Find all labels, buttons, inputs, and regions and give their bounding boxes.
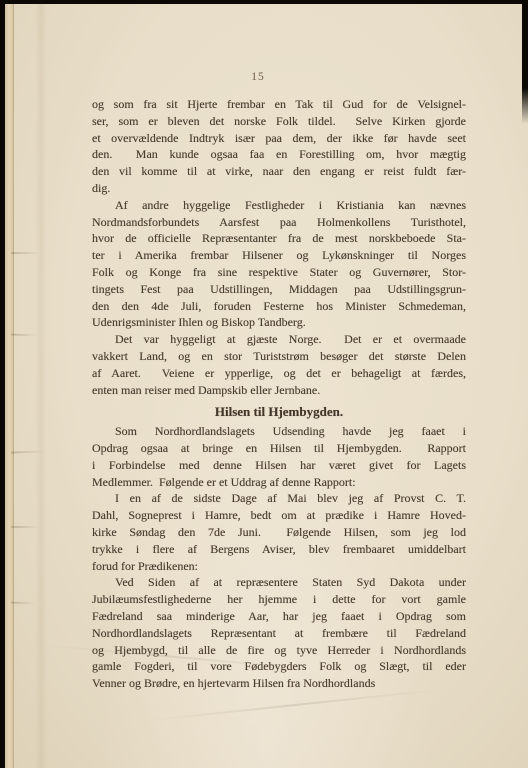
page-binding-edge [5,4,14,768]
text-line: Det var hyggeligt at gjæste Norge. Det e… [92,331,466,348]
text-line: af Aaret. Veiene er ypperlige, og det er… [92,365,466,382]
text-line: den vil komme til at virke, naar den eng… [92,163,466,180]
text-line: kirke Søndag den 7de Juni. Følgende Hils… [92,524,466,541]
text-line: Dahl, Sogneprest i Hamre, bedt om at præ… [92,507,466,524]
text-line: forud for Prædikenen: [92,558,466,575]
paper-fold [35,4,47,768]
text-line: og som fra sit Hjerte frembar en Tak til… [92,96,466,113]
text-line: Nordhordlandslagets Repræsentant at frem… [92,625,466,642]
text-line: Medlemmer. Følgende er et Uddrag af denn… [92,474,466,491]
text-line: Af andre hyggelige Festligheder i Kristi… [92,197,466,214]
paper-crease [11,602,35,605]
text-line: gamle Fogderi, til vore Fødebygders Folk… [92,658,466,675]
text-line: dig. [92,180,466,197]
paper-crease [11,526,39,528]
paper-crease [11,252,41,254]
text-line: den. Man kunde ogsaa faa en Forestilling… [92,146,466,163]
text-line: et overvældende Indtryk især paa dem, de… [92,130,466,147]
text-line: Jubilæumsfestlighederne her hjemme i det… [92,591,466,608]
text-line: ter i Amerika frembar Hilsener og Lykøns… [92,247,466,264]
text-line: og Hjembygd, til alle de fire og tyve He… [92,642,466,659]
text-line: tingets Fest paa Udstillingen, Middagen … [92,281,466,298]
paper-crease [146,688,445,721]
text-line: trykke i flere af Bergens Aviser, blev f… [92,541,466,558]
text-line: vakkert Land, og en stor Turiststrøm bes… [92,348,466,365]
text-line: Som Nordhordlandslagets Udsending havde … [92,423,466,440]
text-line: Nordmandsforbundets Aarsfest paa Holmenk… [92,214,466,231]
paper-crease [11,334,37,337]
section-heading: Hilsen til Hjembygden. [92,404,466,421]
text-line: Ved Siden af at repræsentere Staten Syd … [92,574,466,591]
scan-border-top [0,0,528,4]
text-line: enten man reiser med Dampskib eller Jern… [92,382,466,399]
text-block: og som fra sit Hjerte frembar en Tak til… [92,96,466,692]
text-line: Opdrag ogsaa at bringe en Hilsen til Hje… [92,440,466,457]
text-line: ser, som er bleven det norske Folk tilde… [92,113,466,130]
scan-border-right [522,4,528,124]
book-page: 15 og som fra sit Hjerte frembar en Tak … [5,4,528,768]
text-line: Fædreland saa minderige Aar, har jeg faa… [92,608,466,625]
text-line: Folk og Konge fra sine respektive Stater… [92,264,466,281]
text-line: den den 4de Juli, foruden Festerne hos M… [92,298,466,315]
text-line: i Forbindelse med denne Hilsen har været… [92,457,466,474]
text-line: Venner og Brødre, en hjertevarm Hilsen f… [92,675,466,692]
text-line: I en af de sidste Dage af Mai blev jeg a… [92,490,466,507]
page-number: 15 [246,71,270,83]
text-line: hvor de officielle Repræsentanter fra de… [92,230,466,247]
text-line: Udenrigsminister Ihlen og Biskop Tandber… [92,314,466,331]
